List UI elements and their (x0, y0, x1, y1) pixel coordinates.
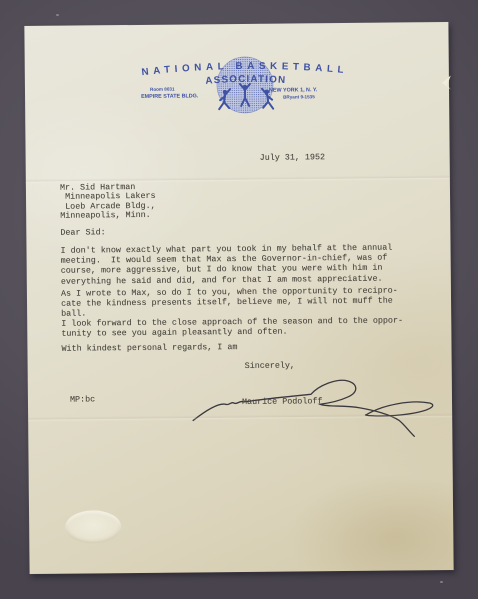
office-city: NEW YORK 1, N. Y. (269, 87, 318, 93)
fold-crease-top (26, 175, 450, 184)
office-room: Room 8031 (150, 87, 175, 92)
recipient-address: Mr. Sid Hartman Minneapolis Lakers Loeb … (60, 183, 156, 222)
date-line: July 31, 1952 (260, 152, 325, 163)
typist-initials: MP:bc (70, 394, 95, 404)
paragraph-1: I don't know exactly what part you took … (60, 243, 392, 287)
paragraph-3: I look forward to the close approach of … (61, 315, 403, 339)
paper-tear (441, 74, 451, 91)
nba-letterhead: NATIONAL BASKETBALL ASSOCIATION Room 803… (75, 50, 406, 153)
signer-name: Maurice Podoloff (242, 396, 323, 407)
salutation: Dear Sid: (60, 227, 105, 238)
embossed-seal (65, 510, 121, 544)
photo-backdrop: NATIONAL BASKETBALL ASSOCIATION Room 803… (0, 0, 478, 599)
paragraph-2: As I wrote to Max, so do I to you, when … (61, 285, 398, 319)
dust-speck (440, 581, 443, 583)
signature-scrawl (147, 340, 453, 443)
org-name-line2: ASSOCIATION (205, 74, 287, 87)
office-phone: BRyant 9-1535 (283, 94, 315, 99)
letter-paper: NATIONAL BASKETBALL ASSOCIATION Room 803… (24, 22, 453, 574)
office-building: EMPIRE STATE BLDG. (141, 93, 199, 100)
dust-speck (56, 14, 59, 16)
